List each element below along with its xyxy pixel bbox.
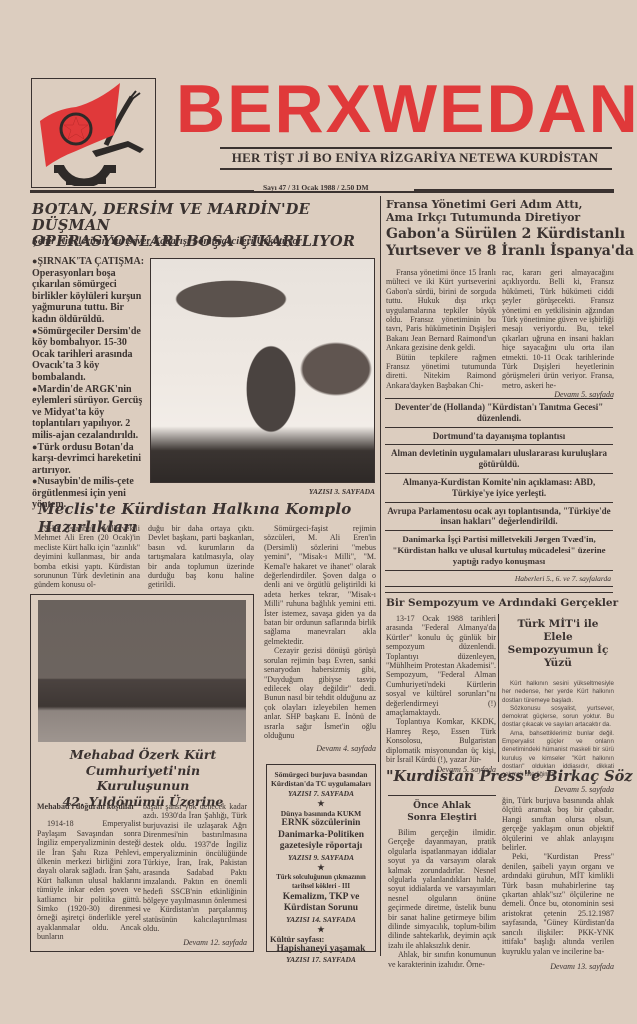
kpress-col1: Bilim gerçeğin ilmidir. Gerçeğe dayanmay… xyxy=(388,828,496,969)
lead-photo-snow-fighters xyxy=(150,258,375,483)
gabon-col1: Fransa yönetimi önce 15 İranlı mülteci v… xyxy=(386,268,496,390)
brief-item[interactable]: Almanya-Kurdistan Komite'nin açıklaması:… xyxy=(385,473,613,502)
masthead-title: BERXWEDAN xyxy=(176,74,616,144)
meclis-col2: duğu bir daha ortaya çıktı. Devlet başka… xyxy=(148,524,254,590)
gabon-kicker: Fransa Yönetimi Geri Adım Attı, Ama Irkç… xyxy=(386,198,636,224)
mit-text: Kürt halkının sesini yükseltmesiyle her … xyxy=(502,680,614,780)
brief-item[interactable]: Dortmund'ta dayanışma toplantısı xyxy=(385,427,613,445)
kpress-headline[interactable]: "Kurdistan Press"e Birkaç Söz xyxy=(386,768,636,785)
column-divider xyxy=(498,614,499,762)
sempozyum-col1: 13-17 Ocak 1988 tarihleri arasında "Fede… xyxy=(386,614,496,774)
index-ref[interactable]: YAZISI 9. SAYFADA xyxy=(270,853,372,863)
masthead-slogan: HER TİŞT Jİ BO ENİYA RİZGARİYA NETEWA KU… xyxy=(220,150,610,166)
meclis-col3: Sömürgeci-faşist rejimin sözcüleri, M. A… xyxy=(264,524,376,754)
mehabad-col2: başarı şansı yok denecek kadar azdı. 193… xyxy=(143,802,247,947)
masthead-logo xyxy=(31,78,156,188)
column-divider xyxy=(380,196,381,956)
index-box: Sömürgeci burjuva basından Kürdistan'da … xyxy=(266,764,376,952)
index-ref[interactable]: YAZISI 17. SAYFADA xyxy=(270,955,372,965)
lead-bullet: ●Mardin'de ARGK'nin eylemleri sürüyor. G… xyxy=(32,384,148,442)
index-ref[interactable]: YAZISI 7. SAYFADA xyxy=(270,789,372,799)
meclis-continued[interactable]: Devamı 4. sayfada xyxy=(264,744,376,753)
star-separator-icon: ★ xyxy=(270,799,372,809)
mehabad-headline[interactable]: Mehabad Özerk Kürt Cumhuriyeti'nin Kurul… xyxy=(38,747,248,809)
slogan-rule-top xyxy=(220,147,612,149)
lead-headline-line1: BOTAN, DERSİM VE MARDİN'DE DÜŞMAN xyxy=(32,202,372,234)
mit-continued[interactable]: Devamı 5. sayfada xyxy=(502,785,614,794)
mehabad-continued[interactable]: Devamı 12. sayfada xyxy=(143,938,247,947)
lead-bullet: ●Türk ordusu Botan'da karşı-devrimci har… xyxy=(32,442,148,477)
masthead-rule-right xyxy=(414,189,614,193)
news-briefs: Deventer'de (Hollanda) "Kürdistan'ı Tanı… xyxy=(385,398,613,587)
gabon-headline[interactable]: Gabon'a Sürülen 2 Kürdistanlı Yurtsever … xyxy=(386,226,636,260)
gabon-col2: rac, kararı geri almayacağını açıklıyord… xyxy=(502,268,614,400)
lead-subheadline: Şehir Kitlelerinin Yurtsever Kabarışı Sö… xyxy=(32,236,372,247)
masthead-rule-left xyxy=(30,190,254,193)
lead-bullet: ●ŞIRNAK'TA ÇATIŞMA: Operasyonları boşa ç… xyxy=(32,256,148,326)
index-ref[interactable]: YAZISI 14. SAYFADA xyxy=(270,915,372,925)
brief-item[interactable]: Danimarka İşçi Partisi milletvekili Jørg… xyxy=(385,530,613,569)
mehabad-photo-crowd xyxy=(38,600,246,742)
kpress-continued[interactable]: Devamı 13. sayfada xyxy=(502,962,614,971)
lead-bullets: ●ŞIRNAK'TA ÇATIŞMA: Operasyonları boşa ç… xyxy=(32,256,148,511)
brief-item[interactable]: Avrupa Parlamentosu ocak ayı toplantısın… xyxy=(385,502,613,531)
meclis-col1: SHP İstanbul Milletvekili Mehmet Ali Ere… xyxy=(34,524,140,590)
kpress-col2: ğin, Türk burjuva basınında ahlak ölçütü… xyxy=(502,796,614,971)
masthead-rule-mid xyxy=(254,191,414,193)
brief-item[interactable]: Deventer'de (Hollanda) "Kürdistan'ı Tanı… xyxy=(385,398,613,427)
lead-bullet: ●Sömürgeciler Dersim'de köy bombalıyor. … xyxy=(32,326,148,384)
briefs-footer: Haberleri 5., 6. ve 7. sayfalarda xyxy=(385,570,613,587)
sempozyum-headline[interactable]: Bir Sempozyum ve Ardındaki Gerçekler xyxy=(386,597,636,609)
flag-star-gear-icon xyxy=(32,79,154,186)
section-rule xyxy=(385,592,613,593)
mehabad-subhead: Mehabad'ı doğuran koşullar xyxy=(37,802,141,811)
star-separator-icon: ★ xyxy=(270,863,372,873)
slogan-rule-bottom xyxy=(220,168,612,170)
kpress-subhead: Önce Ahlak Sonra Eleştiri xyxy=(388,795,496,824)
brief-item[interactable]: Alman devletinin uygulamaları uluslarara… xyxy=(385,444,613,473)
mit-headline[interactable]: Türk MİT'i ile Elele Sempozyumun İç Yüzü xyxy=(502,618,614,670)
mehabad-col1: Mehabad'ı doğuran koşullar 1914-18 Emper… xyxy=(37,802,141,942)
lead-photo-caption: YAZISI 3. SAYFADA xyxy=(270,487,375,496)
